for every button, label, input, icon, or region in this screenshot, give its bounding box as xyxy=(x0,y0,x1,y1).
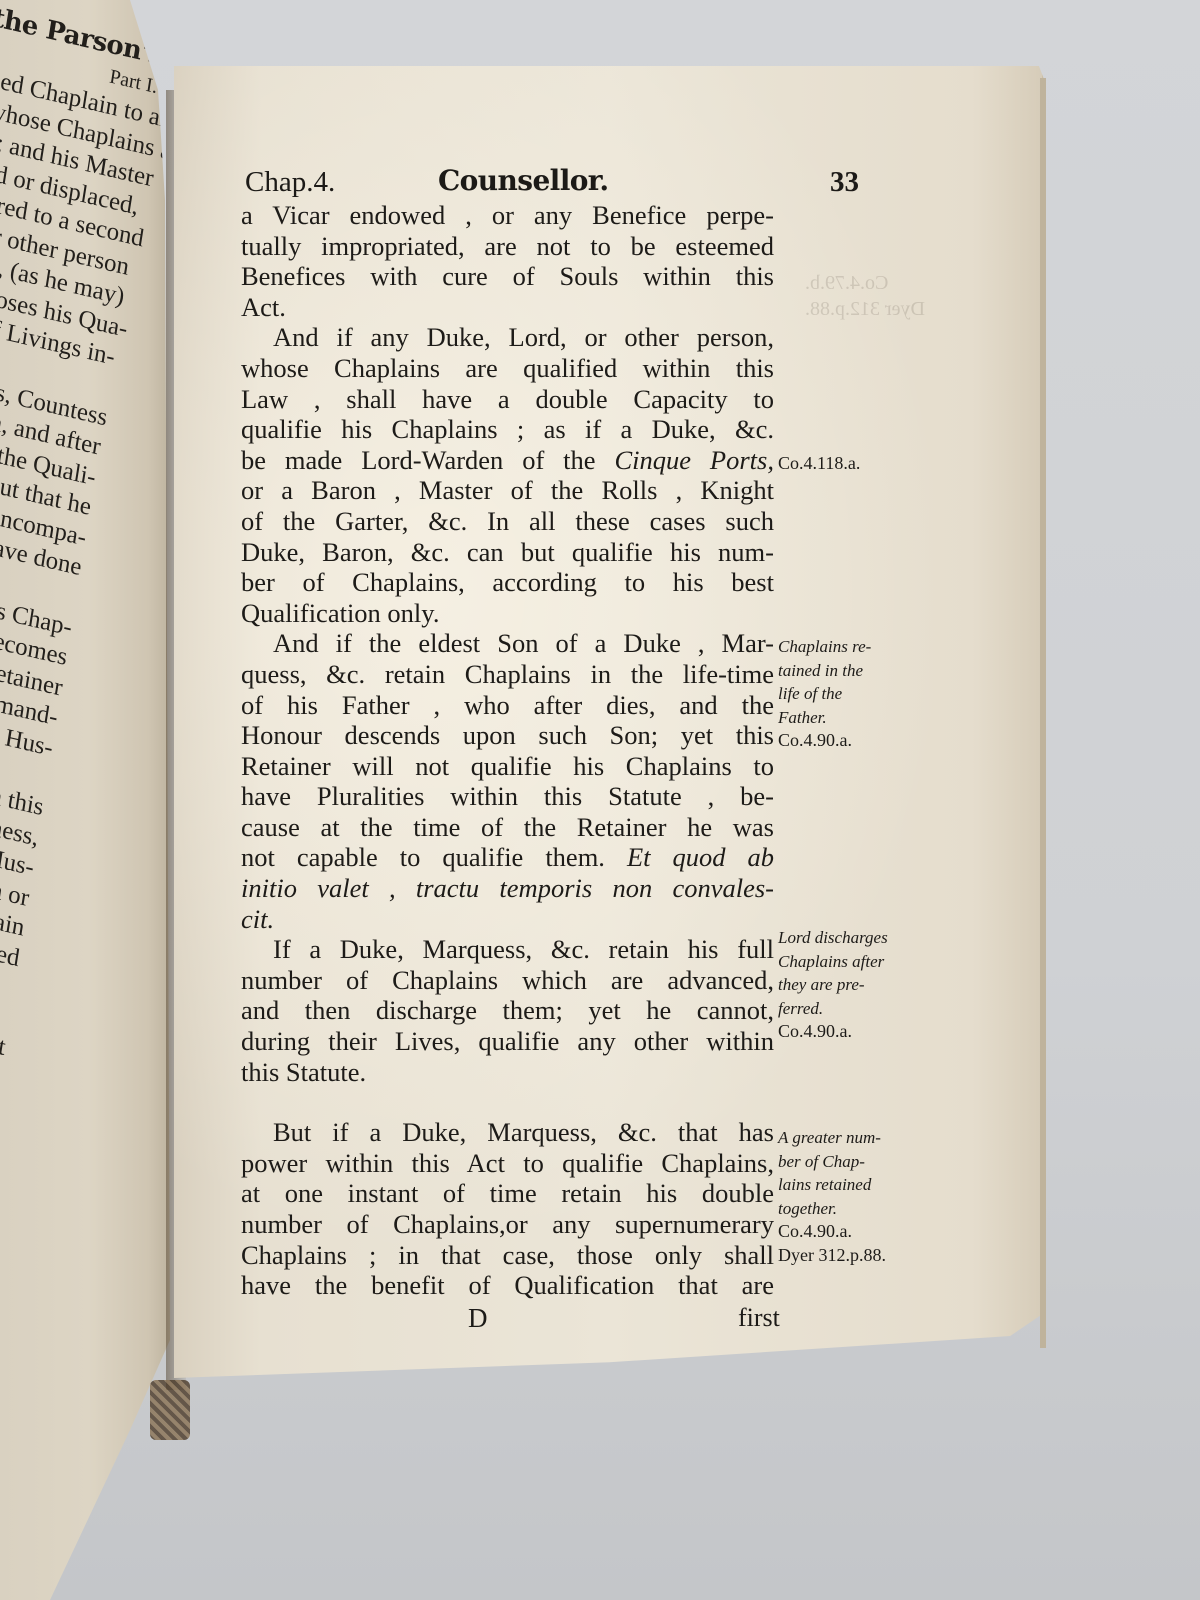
margin-note: Lord dischargesChaplains afterthey are p… xyxy=(778,926,888,1044)
legal-citation: Co.4.118.a. xyxy=(778,452,860,476)
legal-citation: Dyer 312.p.88. xyxy=(778,1244,886,1268)
text-line: initio valet , tractu temporis non conva… xyxy=(241,873,774,904)
paragraph-gap xyxy=(241,1087,774,1117)
page-fore-edge xyxy=(1040,78,1046,1348)
text-line: of the Garter, &c. In all these cases su… xyxy=(241,506,774,537)
margin-note-line: life of the xyxy=(778,682,871,706)
page-number: 33 xyxy=(830,166,859,199)
text-line: power within this Act to qualifie Chapla… xyxy=(241,1148,774,1179)
text-line: of his Father , who after dies, and the xyxy=(241,690,774,721)
text-line: And if any Duke, Lord, or other person, xyxy=(241,322,774,353)
text-line: and then discharge them; yet he cannot, xyxy=(241,995,774,1026)
text-line: tually impropriated, are not to be estee… xyxy=(241,231,774,262)
text-line: Honour descends upon such Son; yet this xyxy=(241,720,774,751)
text-line: Qualification only. xyxy=(241,598,774,629)
body-text: a Vicar endowed , or any Benefice perpe-… xyxy=(241,200,774,1301)
text-line: this Statute. xyxy=(241,1057,774,1088)
margin-note-line: lains retained xyxy=(778,1173,886,1197)
margin-note-line: ferred. xyxy=(778,997,888,1021)
legal-citation: Co.4.90.a. xyxy=(778,1220,886,1244)
text-line: whose Chaplains are qualified within thi… xyxy=(241,353,774,384)
margin-note-line: Lord discharges xyxy=(778,926,888,950)
text-line: qualifie his Chaplains ; as if a Duke, &… xyxy=(241,414,774,445)
running-title: Counsellor. xyxy=(438,164,609,197)
bleed-through-text: Co.4.79.b. xyxy=(805,272,888,295)
margin-note-line: A greater num- xyxy=(778,1126,886,1150)
latin-italic-phrase: Cinque Ports, xyxy=(614,445,774,475)
text-line: at one instant of time retain his double xyxy=(241,1178,774,1209)
margin-note-line: Father. xyxy=(778,706,871,730)
margin-note: Co.4.118.a. xyxy=(778,452,860,476)
margin-note-line: Chaplains after xyxy=(778,950,888,974)
text-line: or a Baron , Master of the Rolls , Knigh… xyxy=(241,475,774,506)
legal-citation: Co.4.90.a. xyxy=(778,729,871,753)
latin-italic-phrase: cit. xyxy=(241,904,274,934)
text-line: Law , shall have a double Capacity to xyxy=(241,384,774,415)
spine-headband xyxy=(150,1380,190,1440)
legal-citation: Co.4.90.a. xyxy=(778,1020,888,1044)
text-line: number of Chaplains which are advanced, xyxy=(241,965,774,996)
text-line: But if a Duke, Marquess, &c. that has xyxy=(241,1117,774,1148)
text-line: be made Lord-Warden of the Cinque Ports, xyxy=(241,445,774,476)
latin-italic-phrase: initio valet , tractu temporis non conva… xyxy=(241,873,774,903)
text-line: cit. xyxy=(241,904,774,935)
bleed-through-text: Dyer 312.p.88. xyxy=(805,298,925,321)
chapter-label: Chap.4. xyxy=(245,166,335,199)
text-line: Retainer will not qualifie his Chaplains… xyxy=(241,751,774,782)
text-line: ber of Chaplains, according to his best xyxy=(241,567,774,598)
margin-note-line: together. xyxy=(778,1197,886,1221)
text-line: cause at the time of the Retainer he was xyxy=(241,812,774,843)
margin-note: Chaplains re-tained in thelife of theFat… xyxy=(778,635,871,753)
margin-note-line: Chaplains re- xyxy=(778,635,871,659)
text-line: quess, &c. retain Chaplains in the life-… xyxy=(241,659,774,690)
text-line: have the benefit of Qualification that a… xyxy=(241,1270,774,1301)
text-line: a Vicar endowed , or any Benefice perpe- xyxy=(241,200,774,231)
text-line: Chaplains ; in that case, those only sha… xyxy=(241,1240,774,1271)
latin-italic-phrase: Et quod ab xyxy=(627,842,774,872)
catchword: first xyxy=(738,1303,780,1333)
text-line: Duke, Baron, &c. can but qualifie his nu… xyxy=(241,537,774,568)
margin-note-line: tained in the xyxy=(778,659,871,683)
text-line: during their Lives, qualifie any other w… xyxy=(241,1026,774,1057)
margin-note: A greater num-ber of Chap-lains retained… xyxy=(778,1126,886,1267)
margin-note-line: ber of Chap- xyxy=(778,1150,886,1174)
margin-note-line: they are pre- xyxy=(778,973,888,997)
signature-mark: D xyxy=(468,1303,488,1334)
left-page-verso: the Parson'sPart I.e retained Chaplain t… xyxy=(0,0,178,1600)
text-line: And if the eldest Son of a Duke , Mar- xyxy=(241,628,774,659)
text-line: not capable to qualifie them. Et quod ab xyxy=(241,842,774,873)
text-line: If a Duke, Marquess, &c. retain his full xyxy=(241,934,774,965)
text-line: Act. xyxy=(241,292,774,323)
left-page-text: the Parson'sPart I.e retained Chaplain t… xyxy=(0,0,165,1214)
text-line: number of Chaplains,or any supernumerary xyxy=(241,1209,774,1240)
text-line: have Pluralities within this Statute , b… xyxy=(241,781,774,812)
text-line: Benefices with cure of Souls within this xyxy=(241,261,774,292)
